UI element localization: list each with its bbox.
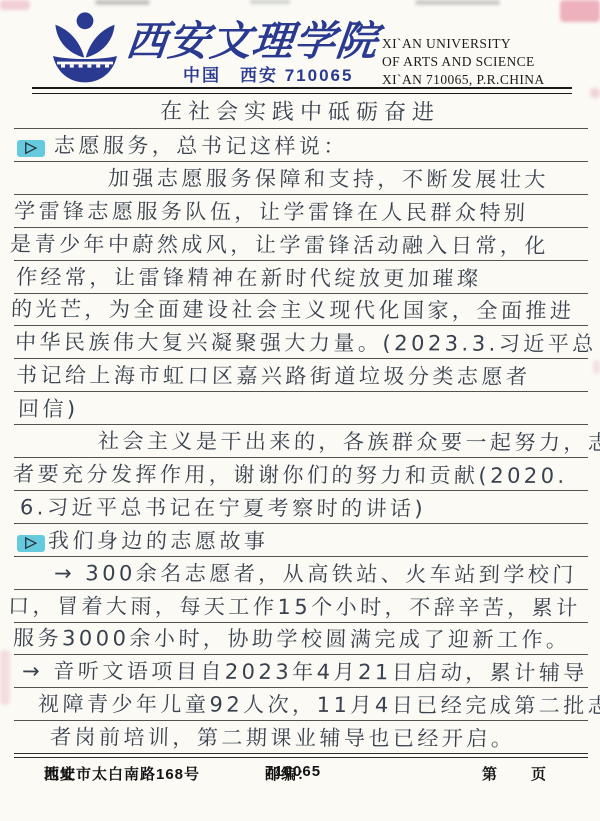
ruled-line xyxy=(14,589,588,590)
handwritten-text: 口，冒着大雨，每天工作15个小时，不辞辛苦，累计 xyxy=(8,592,582,622)
handwritten-text: → 音听文语项目自2023年4月21日启动，累计辅导 xyxy=(22,657,589,687)
ruled-line xyxy=(14,293,588,294)
handwritten-line: 中华民族伟大复兴凝聚强大力量。(2023.3.习近平总 xyxy=(0,328,600,358)
handwritten-text: 是青少年中蔚然成风，让学雷锋活动融入日常，化 xyxy=(10,230,550,260)
scan-artifact xyxy=(590,88,600,98)
handwritten-line: 书记给上海市虹口区嘉兴路街道垃圾分类志愿者 xyxy=(0,361,600,391)
scan-artifact xyxy=(95,0,150,5)
handwritten-line: 6.习近平总书记在宁夏考察时的讲话) xyxy=(0,493,600,523)
ruled-line xyxy=(14,490,588,491)
footer-page-word-first: 第 xyxy=(482,763,498,784)
ruled-line xyxy=(14,227,588,228)
handwritten-line: 回信) xyxy=(0,394,600,424)
handwritten-line: ▷我们身边的志愿故事 xyxy=(0,526,600,556)
ruled-line xyxy=(14,391,588,392)
handwritten-text: 回信) xyxy=(18,395,80,423)
ruled-line xyxy=(14,128,588,129)
ruled-line xyxy=(14,687,588,688)
handwritten-text: 加强志愿服务保障和支持，不断发展壮大 xyxy=(108,164,550,194)
scan-artifact xyxy=(560,0,600,22)
handwritten-text: 学雷锋志愿服务队伍，让学雷锋在人民群众特别 xyxy=(14,197,529,227)
handwritten-text: 作经常，让雷锋精神在新时代绽放更加璀璨 xyxy=(16,263,482,293)
handwritten-text: 6.习近平总书记在宁夏考察时的讲话) xyxy=(20,493,427,522)
handwritten-text: 中华民族伟大复兴凝聚强大力量。(2023.3.习近平总 xyxy=(15,328,598,358)
header-divider-rule xyxy=(32,87,572,94)
handwritten-text: → 300余名志愿者，从高铁站、火车站到学校门 xyxy=(54,559,578,589)
handwritten-text: 书记给上海市虹口区嘉兴路街道垃圾分类志愿者 xyxy=(16,361,531,391)
section-triangle-marker-icon: ▷ xyxy=(17,140,45,157)
handwritten-line: 服务3000余小时，协助学校圆满完成了迎新工作。 xyxy=(0,624,600,654)
ruled-line xyxy=(14,325,588,326)
handwritten-text: 的光芒，为全面建设社会主义现代化国家，全面推进 xyxy=(11,295,575,325)
footer-page-word-page: 页 xyxy=(531,763,547,784)
scan-artifact xyxy=(250,0,290,4)
ruled-line xyxy=(14,161,588,162)
handwritten-line: 作经常，让雷锋精神在新时代绽放更加璀璨 xyxy=(0,263,600,293)
ruled-line xyxy=(14,720,588,721)
ruled-line xyxy=(14,753,588,758)
handwritten-line: ▷志愿服务，总书记这样说： xyxy=(0,131,600,161)
document-title: 在社会实践中砥砺奋进 xyxy=(0,98,600,128)
handwritten-line: → 300余名志愿者，从高铁站、火车站到学校门 xyxy=(0,559,600,589)
handwritten-text: 社会主义是干出来的，各族群众要一起努力，志愿 xyxy=(98,427,600,457)
university-name-english: XI`AN UNIVERSITY OF ARTS AND SCIENCE XI`… xyxy=(382,35,592,89)
country-city-postcode: 中国 西安 710065 xyxy=(183,61,403,86)
scan-artifact xyxy=(415,0,500,5)
scanned-letterhead-page: { "header": { "logo": "xian-university-e… xyxy=(0,0,600,821)
handwritten-line: 视障青少年儿童92人次，11月4日已经完成第二批志愿 xyxy=(0,690,600,720)
university-name-chinese: 西安文理学院 xyxy=(124,8,379,60)
handwritten-text: 服务3000余小时，协助学校圆满完成了迎新工作。 xyxy=(13,624,571,654)
letterhead-footer: 地址：西安市太白南路168号 邮编：710065 第 页 xyxy=(0,763,600,787)
scan-artifact xyxy=(0,0,30,10)
section-triangle-marker-icon: ▷ xyxy=(17,535,45,552)
ruled-line xyxy=(14,358,588,359)
handwritten-line: 社会主义是干出来的，各族群众要一起努力，志愿 xyxy=(0,427,600,457)
handwritten-line: → 音听文语项目自2023年4月21日启动，累计辅导 xyxy=(0,657,600,687)
ruled-line xyxy=(14,457,588,458)
ruled-line xyxy=(14,654,588,655)
handwritten-line: 者要充分发挥作用，谢谢你们的努力和贡献(2020. xyxy=(0,460,600,490)
handwritten-line: 的光芒，为全面建设社会主义现代化国家，全面推进 xyxy=(0,295,600,325)
english-line-1: XI`AN UNIVERSITY xyxy=(382,35,592,53)
handwritten-text: 志愿服务，总书记这样说： xyxy=(54,131,349,160)
handwritten-text: 我们身边的志愿故事 xyxy=(48,526,269,555)
handwritten-line: 学雷锋志愿服务队伍，让学雷锋在人民群众特别 xyxy=(0,197,600,227)
university-logo-icon xyxy=(36,8,134,88)
handwritten-line: 在社会实践中砥砺奋进 xyxy=(0,98,600,128)
ruled-line xyxy=(14,556,588,557)
ruled-line xyxy=(14,194,588,195)
handwritten-line: 是青少年中蔚然成风，让学雷锋活动融入日常，化 xyxy=(0,230,600,260)
ruled-line xyxy=(14,523,588,524)
handwritten-text: 者要充分发挥作用，谢谢你们的努力和贡献(2020. xyxy=(13,460,569,490)
handwritten-line: 加强志愿服务保障和支持，不断发展壮大 xyxy=(0,164,600,194)
handwritten-text: 视障青少年儿童92人次，11月4日已经完成第二批志愿 xyxy=(38,690,600,720)
english-line-2: OF ARTS AND SCIENCE xyxy=(382,53,592,71)
ruled-line xyxy=(14,424,588,425)
handwritten-text: 者岗前培训，第二期课业辅导也已经开启。 xyxy=(50,723,516,753)
handwritten-line: 口，冒着大雨，每天工作15个小时，不辞辛苦，累计 xyxy=(0,592,600,622)
handwritten-line: 者岗前培训，第二期课业辅导也已经开启。 xyxy=(0,723,600,753)
